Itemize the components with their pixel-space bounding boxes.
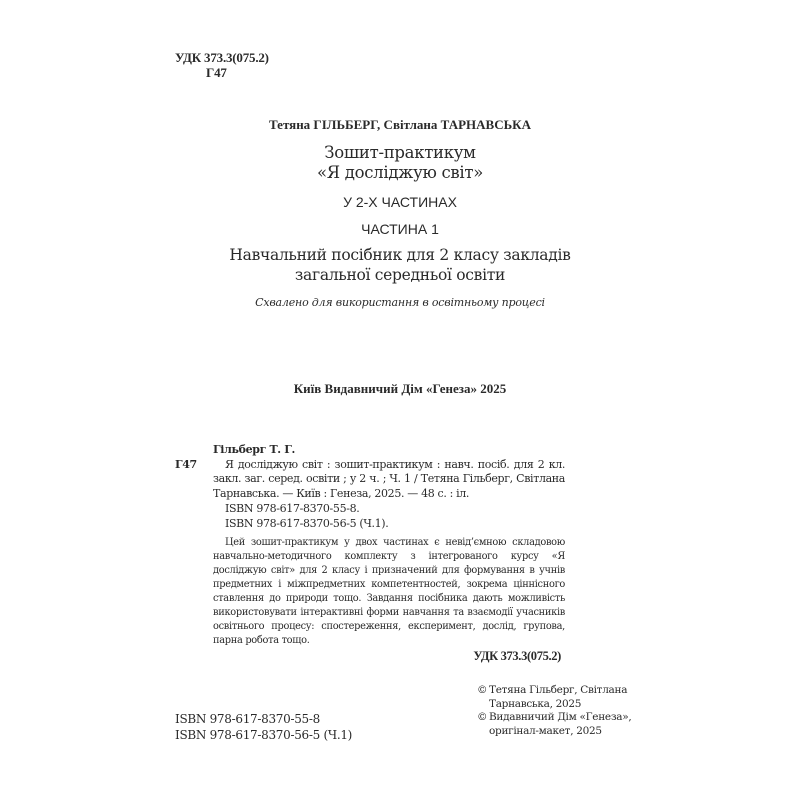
isbn-1: ISBN 978-617-8370-55-8 <box>175 712 352 728</box>
book-subtitle: Навчальний посібник для 2 класу закладів… <box>0 245 800 285</box>
catalog-record: Гільберг Т. Г. Г47 Я досліджую світ : зо… <box>175 443 565 664</box>
udk-header: УДК 373.3(075.2) Г47 <box>175 50 269 80</box>
publisher-imprint: Київ Видавничий Дім «Генеза» 2025 <box>0 381 800 397</box>
catalog-annotation: Цей зошит-практикум у двох частинах є не… <box>175 536 565 648</box>
isbn-2: ISBN 978-617-8370-56-5 (Ч.1) <box>175 728 352 744</box>
copyright-authors-line-2: Тарнавська, 2025 <box>489 698 631 712</box>
subtitle-line-2: загальної середньої освіти <box>0 265 800 285</box>
copyright-icon: © <box>477 684 487 698</box>
copyright-publisher-line-2: оригінал-макет, 2025 <box>489 725 631 739</box>
parts-count: У 2-Х ЧАСТИНАХ <box>0 194 800 210</box>
title-line-2: «Я досліджую світ» <box>0 163 800 183</box>
isbn-block: ISBN 978-617-8370-55-8 ISBN 978-617-8370… <box>175 712 352 743</box>
catalog-code: Г47 <box>175 458 197 473</box>
udk-code: УДК 373.3(075.2) <box>175 50 269 65</box>
catalog-isbn-2: ISBN 978-617-8370-56-5 (Ч.1). <box>175 516 565 531</box>
catalog-author: Гільберг Т. Г. <box>175 443 565 458</box>
subtitle-line-1: Навчальний посібник для 2 класу закладів <box>0 245 800 265</box>
approval-note: Схвалено для використання в освітньому п… <box>0 296 800 309</box>
copyright-authors: © Тетяна Гільберг, Світлана Тарнавська, … <box>477 684 631 711</box>
copyright-publisher: © Видавничий Дім «Генеза», оригінал-маке… <box>477 711 631 738</box>
copyright-publisher-line-1: Видавничий Дім «Генеза», <box>489 711 631 725</box>
copyright-block: © Тетяна Гільберг, Світлана Тарнавська, … <box>477 684 631 738</box>
author-sign: Г47 <box>175 65 269 80</box>
catalog-udk: УДК 373.3(075.2) <box>175 648 565 664</box>
part-number: ЧАСТИНА 1 <box>0 221 800 237</box>
catalog-isbn-1: ISBN 978-617-8370-55-8. <box>175 501 565 516</box>
book-title: Зошит-практикум «Я досліджую світ» <box>0 143 800 183</box>
copyright-authors-line-1: Тетяна Гільберг, Світлана <box>489 684 631 698</box>
title-line-1: Зошит-практикум <box>0 143 800 163</box>
copyright-icon: © <box>477 711 487 725</box>
catalog-entry: Г47 Я досліджую світ : зошит-практикум :… <box>175 458 565 502</box>
authors: Тетяна ГІЛЬБЕРГ, Світлана ТАРНАВСЬКА <box>0 117 800 133</box>
catalog-description: Я досліджую світ : зошит-практикум : нав… <box>213 458 565 502</box>
